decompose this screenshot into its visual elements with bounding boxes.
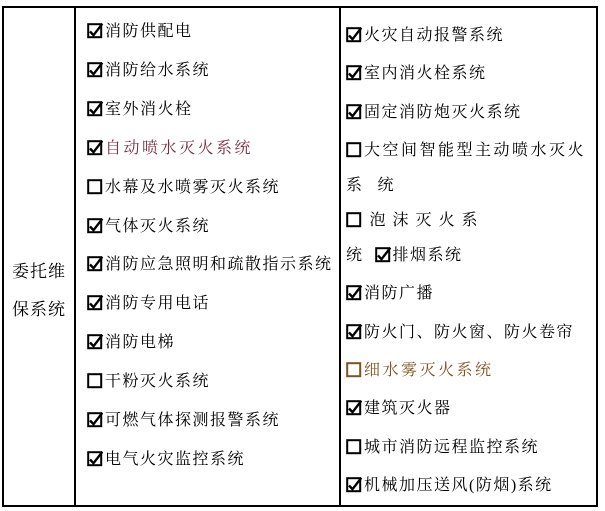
system-label: 防火门、防火窗、防火卷帘 — [364, 324, 574, 341]
checkbox-unchecked-icon[interactable] — [346, 435, 363, 467]
checkbox-checked-icon[interactable] — [346, 473, 363, 505]
checkbox-checked-icon[interactable] — [87, 19, 104, 51]
system-label: 排烟系统 — [393, 247, 463, 264]
systems-column-right: 火灾自动报警系统室内消火栓系统固定消防炮灭火系统大空间智能型主动喷水灭火 系 统… — [341, 8, 596, 505]
checkbox-checked-icon[interactable] — [346, 281, 363, 313]
checkbox-checked-icon[interactable] — [346, 320, 363, 352]
system-label: 电气火灾监控系统 — [105, 451, 245, 468]
row-header-cell: 委托维 保系统 — [4, 8, 76, 505]
system-label: 消防电梯 — [105, 334, 175, 351]
system-item: 消防应急照明和疏散指示系统 — [87, 249, 335, 284]
system-label: 消防供配电 — [105, 23, 193, 40]
checkbox-checked-icon[interactable] — [87, 252, 104, 284]
system-label: 城市消防远程监控系统 — [364, 439, 539, 456]
system-item: 机械加压送风(防烟)系统 — [346, 470, 594, 505]
checkbox-checked-icon[interactable] — [87, 58, 104, 90]
system-item: 消防电梯 — [87, 327, 335, 362]
system-label: 大空间智能型主动喷水灭火 系 统 — [346, 142, 586, 194]
checkbox-checked-icon[interactable] — [346, 396, 363, 428]
system-item: 消防专用电话 — [87, 288, 335, 323]
system-label: 室内消火栓系统 — [364, 65, 487, 82]
checkbox-checked-icon[interactable] — [87, 97, 104, 129]
system-label: 水幕及水喷雾灭火系统 — [105, 179, 280, 196]
checkbox-unchecked-icon[interactable] — [87, 175, 104, 207]
system-item: 可燃气体探测报警系统 — [87, 405, 335, 440]
checkbox-checked-icon[interactable] — [87, 330, 104, 362]
system-item: 电气火灾监控系统 — [87, 444, 335, 479]
system-label: 室外消火栓 — [105, 101, 193, 118]
row-header-label: 委托维 保系统 — [12, 253, 66, 329]
system-item: 建筑灭火器 — [346, 393, 594, 428]
checkbox-checked-icon[interactable] — [87, 408, 104, 440]
system-item: 室内消火栓系统 — [346, 58, 594, 93]
system-label: 消防给水系统 — [105, 62, 210, 79]
system-label: 干粉灭火系统 — [105, 373, 210, 390]
checkbox-unchecked-icon[interactable] — [346, 358, 363, 390]
systems-column-left: 消防供配电消防给水系统室外消火栓自动喷水灭火系统水幕及水喷雾灭火系统气体灭火系统… — [76, 8, 341, 505]
system-item: 防火门、防火窗、防火卷帘 — [346, 317, 594, 352]
system-item: 消防广播 — [346, 278, 594, 313]
checkbox-checked-icon[interactable] — [346, 23, 363, 55]
system-item: 室外消火栓 — [87, 94, 335, 129]
document-page: { "colors": { "border": "#000000", "defa… — [0, 0, 605, 511]
maintenance-systems-table: 委托维 保系统 消防供配电消防给水系统室外消火栓自动喷水灭火系统水幕及水喷雾灭火… — [2, 6, 598, 507]
system-label: 消防应急照明和疏散指示系统 — [105, 256, 333, 273]
checkbox-checked-icon[interactable] — [87, 291, 104, 323]
system-item: 固定消防炮灭火系统 — [346, 97, 594, 132]
checkbox-checked-icon[interactable] — [87, 214, 104, 246]
system-item: 自动喷水灭火系统 — [87, 133, 335, 168]
system-item: 细水雾灭火系统 — [346, 355, 594, 390]
system-item: 消防供配电 — [87, 16, 335, 51]
system-label: 自动喷水灭火系统 — [105, 140, 253, 157]
system-label: 火灾自动报警系统 — [364, 27, 504, 44]
checkbox-checked-icon[interactable] — [375, 243, 392, 275]
checkbox-checked-icon[interactable] — [87, 447, 104, 479]
system-item: 泡 沫 灭 火 系 统 排烟系统 — [346, 205, 594, 275]
system-label: 消防广播 — [364, 285, 434, 302]
system-item: 干粉灭火系统 — [87, 366, 335, 401]
system-label: 消防专用电话 — [105, 295, 210, 312]
system-item: 火灾自动报警系统 — [346, 20, 594, 55]
checkbox-unchecked-icon[interactable] — [87, 369, 104, 401]
system-label: 建筑灭火器 — [364, 400, 452, 417]
checkbox-unchecked-icon[interactable] — [346, 138, 363, 170]
system-label: 固定消防炮灭火系统 — [364, 104, 522, 121]
system-label: 机械加压送风(防烟)系统 — [364, 477, 553, 494]
system-item: 水幕及水喷雾灭火系统 — [87, 172, 335, 207]
checkbox-unchecked-icon[interactable] — [346, 208, 363, 240]
system-label: 可燃气体探测报警系统 — [105, 412, 280, 429]
system-item: 气体灭火系统 — [87, 211, 335, 246]
checkbox-checked-icon[interactable] — [346, 100, 363, 132]
system-item: 大空间智能型主动喷水灭火 系 统 — [346, 135, 594, 202]
system-item: 城市消防远程监控系统 — [346, 432, 594, 467]
checkbox-checked-icon[interactable] — [346, 61, 363, 93]
checkbox-checked-icon[interactable] — [87, 136, 104, 168]
system-label: 细水雾灭火系统 — [364, 362, 494, 379]
system-label: 气体灭火系统 — [105, 218, 210, 235]
system-item: 消防给水系统 — [87, 55, 335, 90]
